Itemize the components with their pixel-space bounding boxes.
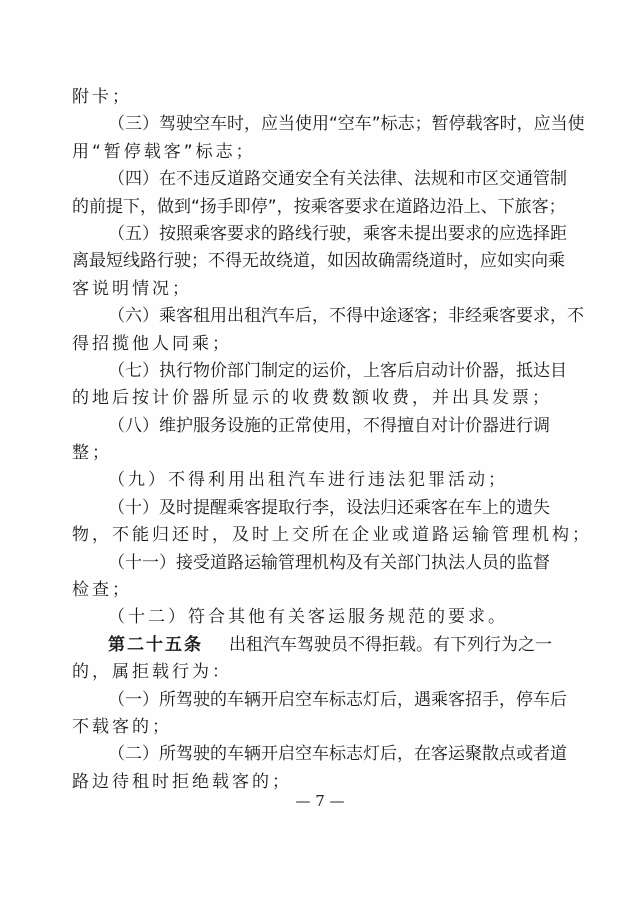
text-line: （七）执行物价部门制定的运价，上客后启动计价器，抵达目 — [72, 358, 538, 385]
text-line: （九）不得利用出租汽车进行违法犯罪活动； — [72, 467, 538, 494]
text-line: 物，不能归还时，及时上交所在企业或道路运输管理机构； — [72, 522, 538, 549]
text-line: 不载客的； — [72, 714, 538, 741]
text-line: 附卡； — [72, 84, 538, 111]
article-number: 第二十五条 — [108, 635, 203, 655]
text-line: 检查； — [72, 577, 538, 604]
document-page: 附卡；（三）驾驶空车时，应当使用“空车”标志；暂停载客时，应当使用“暂停载客”标… — [0, 0, 640, 917]
text-line: （十）及时提醒乘客提取行李，设法归还乘客在车上的遗失 — [72, 495, 538, 522]
text-line: （五）按照乘客要求的路线行驶，乘客未提出要求的应选择距 — [72, 221, 538, 248]
document-body: 附卡；（三）驾驶空车时，应当使用“空车”标志；暂停载客时，应当使用“暂停载客”标… — [72, 84, 538, 796]
text-line: 客说明情况； — [72, 276, 538, 303]
text-line: 用“暂停载客”标志； — [72, 139, 538, 166]
text-line: （三）驾驶空车时，应当使用“空车”标志；暂停载客时，应当使 — [72, 111, 538, 138]
text-line: （一）所驾驶的车辆开启空车标志灯后，遇乘客招手，停车后 — [72, 687, 538, 714]
text-line: （六）乘客租用出租汽车后，不得中途逐客；非经乘客要求，不 — [72, 303, 538, 330]
text-line: 得招揽他人同乘； — [72, 331, 538, 358]
text-line: 离最短线路行驶；不得无故绕道，如因故确需绕道时，应如实向乘 — [72, 248, 538, 275]
text-line: 的前提下，做到“扬手即停”，按乘客要求在道路边沿上、下旅客； — [72, 194, 538, 221]
text-line: （十二）符合其他有关客运服务规范的要求。 — [72, 604, 538, 631]
text-line: 的，属拒载行为： — [72, 659, 538, 686]
article-text: 出租汽车驾驶员不得拒载。有下列行为之一 — [229, 635, 552, 655]
text-line: （四）在不违反道路交通安全有关法律、法规和市区交通管制 — [72, 166, 538, 193]
text-line: 的地后按计价器所显示的收费数额收费，并出具发票； — [72, 385, 538, 412]
page-number: — 7 — — [0, 792, 640, 810]
text-line: 整； — [72, 440, 538, 467]
text-line: （十一）接受道路运输管理机构及有关部门执法人员的监督 — [72, 550, 538, 577]
text-line: （八）维护服务设施的正常使用，不得擅自对计价器进行调 — [72, 413, 538, 440]
text-line: （二）所驾驶的车辆开启空车标志灯后，在客运聚散点或者道 — [72, 741, 538, 768]
article-heading-line: 第二十五条出租汽车驾驶员不得拒载。有下列行为之一 — [72, 632, 538, 659]
